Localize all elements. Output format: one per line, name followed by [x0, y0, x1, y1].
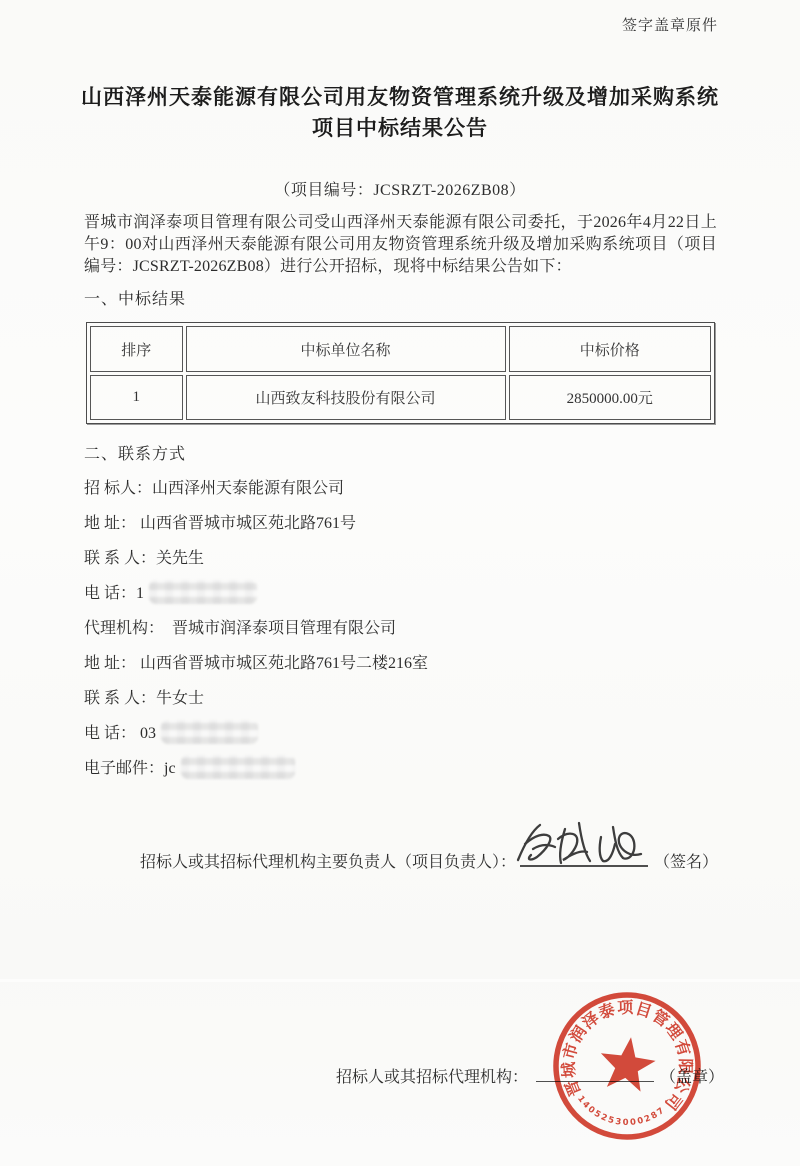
contact-label: 电子邮件： — [84, 760, 164, 777]
signature-line — [520, 848, 648, 867]
contact-info: 招 标人：山西泽州天泰能源有限公司 地 址： 山西省晋城市城区苑北路761号 联… — [84, 471, 724, 786]
result-table-header-row: 排序 中标单位名称 中标价格 — [90, 326, 711, 372]
contact-line-agency-phone: 电 话： 03 — [84, 716, 724, 751]
contact-line-bidder-address: 地 址： 山西省晋城市城区苑北路761号 — [84, 506, 724, 541]
contact-line-bidder-phone: 电 话：1 — [84, 576, 724, 611]
company-stamp: 晋城市润泽泰项目管理有限公司 1405253000287 — [549, 987, 707, 1147]
contact-value: 1 — [136, 585, 144, 602]
section-heading-contact: 二、联系方式 — [84, 441, 186, 464]
signature-suffix: （签名） — [654, 854, 718, 871]
header-price: 中标价格 — [509, 326, 711, 372]
handwritten-signature — [508, 814, 660, 872]
document-title: 山西泽州天泰能源有限公司用友物资管理系统升级及增加采购系统 项目中标结果公告 — [0, 82, 800, 144]
document-page: 签字盖章原件 山西泽州天泰能源有限公司用友物资管理系统升级及增加采购系统 项目中… — [0, 0, 800, 1166]
contact-value: 山西省晋城市城区苑北路761号二楼216室 — [136, 655, 428, 672]
contact-line-agency-email: 电子邮件：jc — [84, 751, 724, 786]
contact-label: 电 话： — [84, 585, 136, 602]
header-rank: 排序 — [90, 326, 183, 372]
contact-label: 招 标人： — [84, 480, 152, 497]
project-number: （项目编号：JCSRZT-2026ZB08） — [0, 177, 800, 200]
seal-label: 招标人或其招标代理机构： — [336, 1069, 528, 1086]
header-winner-name: 中标单位名称 — [186, 326, 506, 372]
table-row: 1 山西致友科技股份有限公司 2850000.00元 — [90, 375, 711, 420]
contact-label: 电 话： — [84, 725, 136, 742]
redaction-blur — [161, 720, 258, 744]
contact-line-bidder-person: 联 系 人：关先生 — [84, 541, 724, 576]
stamp-number-text: 1405253000287 — [572, 1093, 668, 1134]
intro-paragraph: 晋城市润泽泰项目管理有限公司受山西泽州天泰能源有限公司委托，于2026年4月22… — [84, 212, 717, 278]
scan-artifact-band — [0, 979, 800, 982]
contact-value: 牛女士 — [156, 690, 204, 707]
result-table: 排序 中标单位名称 中标价格 1 山西致友科技股份有限公司 2850000.00… — [86, 322, 715, 424]
redaction-blur — [181, 755, 295, 779]
section-heading-result: 一、中标结果 — [84, 286, 186, 309]
corner-note: 签字盖章原件 — [622, 14, 718, 35]
contact-line-agency-address: 地 址： 山西省晋城市城区苑北路761号二楼216室 — [84, 646, 724, 681]
contact-label: 联 系 人： — [84, 690, 156, 707]
contact-label: 地 址： — [84, 515, 136, 532]
document-title-line2: 项目中标结果公告 — [0, 113, 800, 144]
contact-value: 晋城市润泽泰项目管理有限公司 — [164, 620, 396, 637]
signature-row: 招标人或其招标代理机构主要负责人（项目负责人）： （签名） — [140, 848, 718, 872]
contact-value: 山西泽州天泰能源有限公司 — [152, 480, 344, 497]
stamp-star — [596, 1033, 658, 1093]
contact-line-agency: 代理机构： 晋城市润泽泰项目管理有限公司 — [84, 611, 724, 646]
signature-label: 招标人或其招标代理机构主要负责人（项目负责人）： — [140, 854, 516, 871]
contact-line-bidder: 招 标人：山西泽州天泰能源有限公司 — [84, 471, 724, 506]
cell-winner-name: 山西致友科技股份有限公司 — [186, 375, 506, 420]
cell-rank: 1 — [90, 375, 183, 420]
contact-value: 03 — [136, 725, 156, 742]
contact-value: 关先生 — [156, 550, 204, 567]
contact-label: 联 系 人： — [84, 550, 156, 567]
redaction-blur — [149, 580, 257, 604]
document-title-line1: 山西泽州天泰能源有限公司用友物资管理系统升级及增加采购系统 — [0, 82, 800, 113]
cell-price: 2850000.00元 — [509, 375, 711, 420]
contact-value: 山西省晋城市城区苑北路761号 — [136, 515, 356, 532]
contact-label: 代理机构： — [84, 620, 164, 637]
contact-value: jc — [164, 760, 176, 777]
contact-line-agency-person: 联 系 人：牛女士 — [84, 681, 724, 716]
contact-label: 地 址： — [84, 655, 136, 672]
